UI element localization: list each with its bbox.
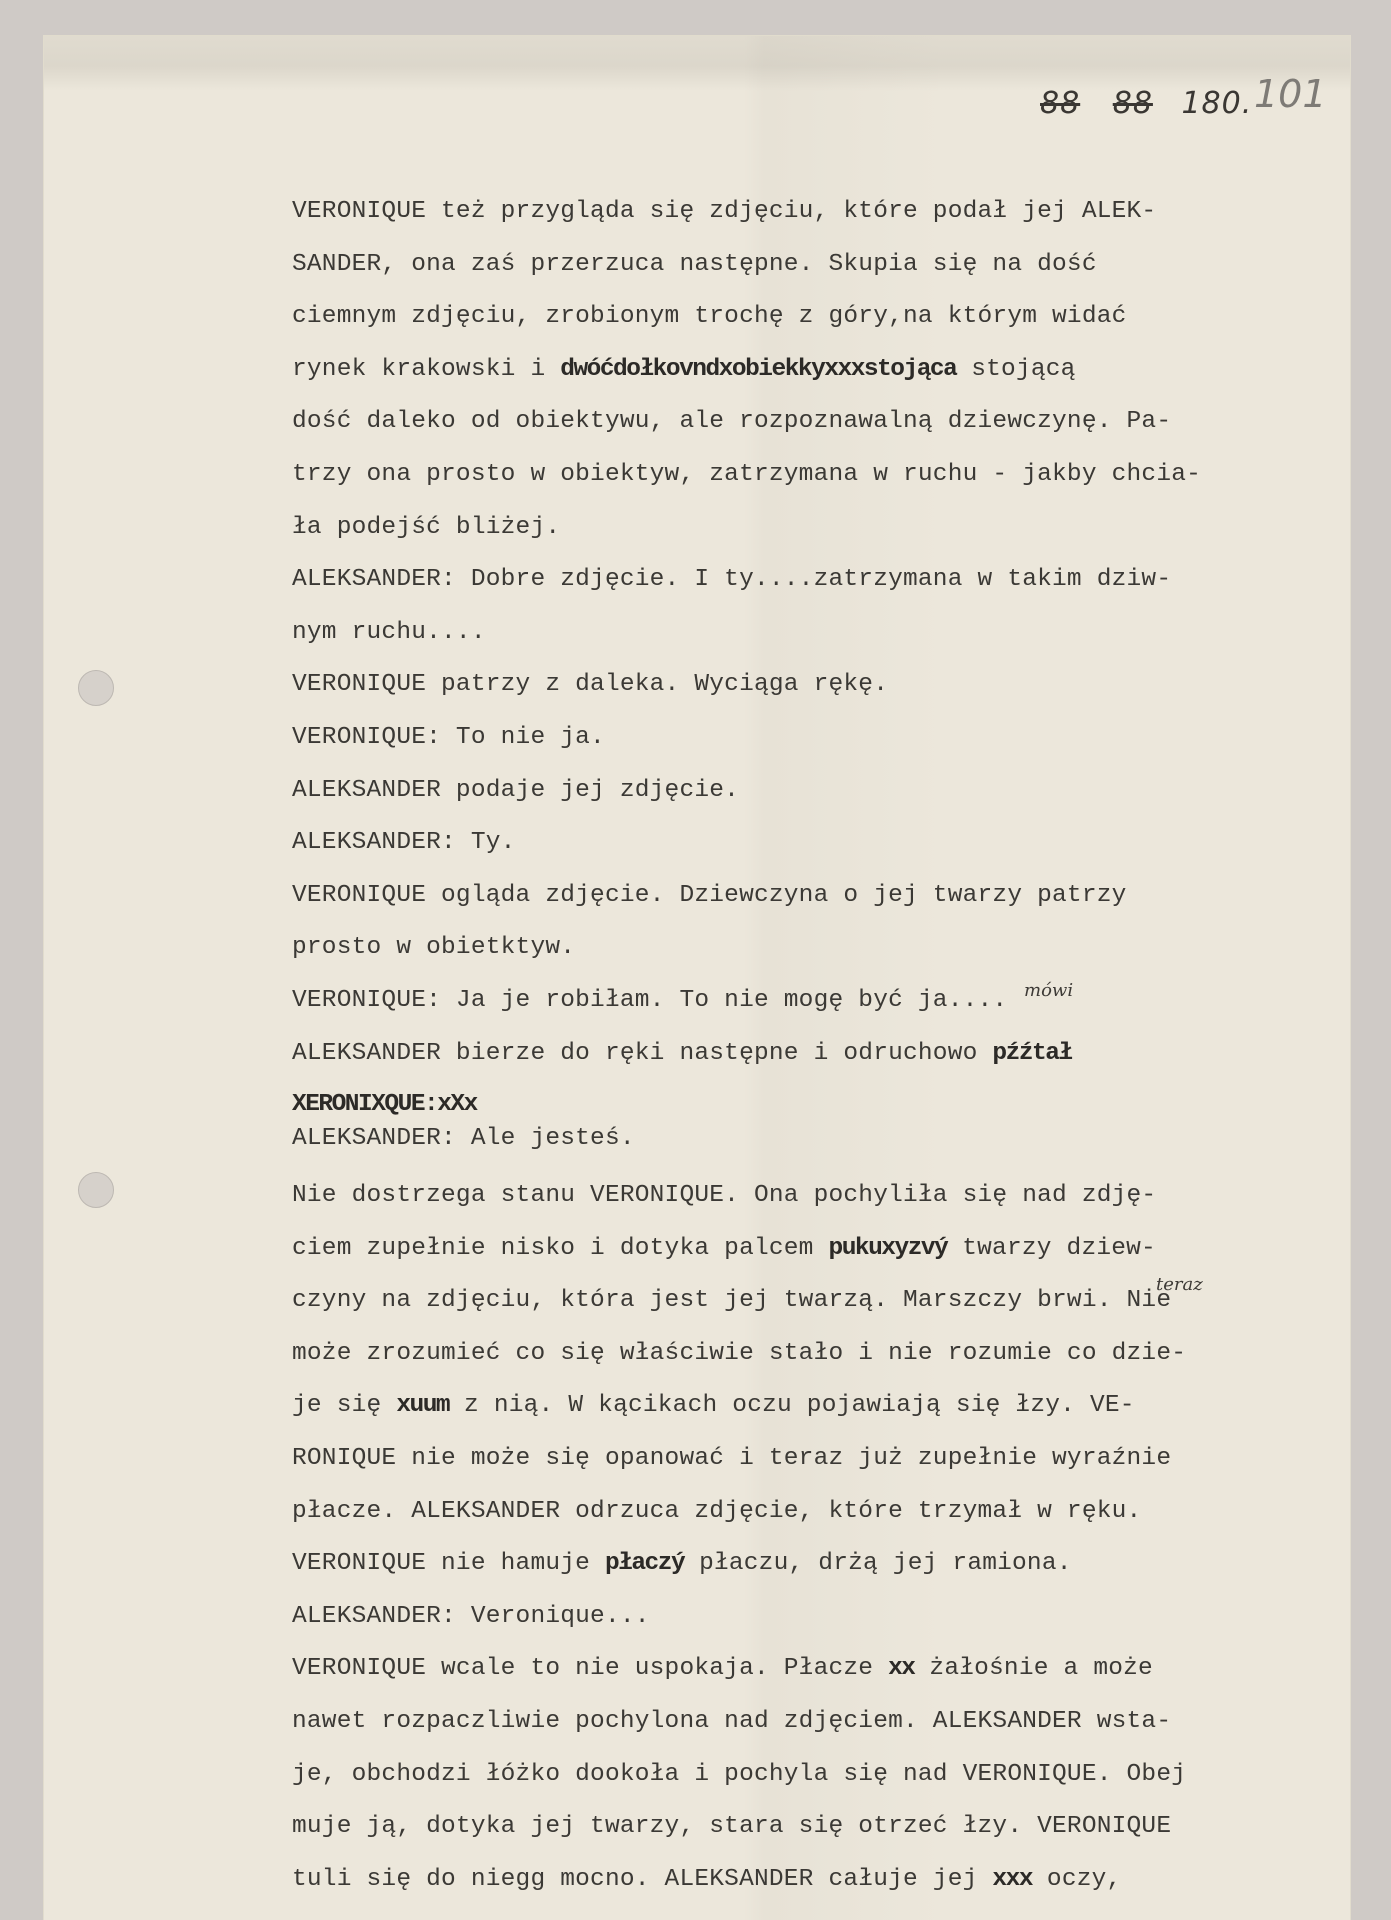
text-line: VERONIQUE: To nie ja. — [292, 712, 1232, 765]
line-text: twarzy dziew- — [947, 1235, 1156, 1262]
folio-pencil-number: 101 — [1254, 72, 1327, 116]
text-line: nawet rozpaczliwie pochylona nad zdjęcie… — [292, 1696, 1232, 1749]
text-line: prosto w obietktyw. — [292, 922, 1232, 975]
struck-text: XERONIXQUE:xXx — [292, 1091, 477, 1118]
struck-text: płaczý — [605, 1550, 684, 1577]
punch-hole-top — [78, 670, 114, 706]
line-text: VERONIQUE nie hamuje — [292, 1550, 605, 1577]
line-text: stojącą — [956, 356, 1075, 383]
line-text: ALEKSANDER bierze do ręki następne i odr… — [292, 1040, 992, 1067]
line-text: tuli się do niegg mocno. ALEKSANDER cału… — [292, 1866, 992, 1893]
line-text: oczy, — [1032, 1866, 1121, 1893]
text-line: ALEKSANDER: Ale jesteś. — [292, 1122, 1232, 1156]
body-text: VERONIQUE też przygląda się zdjęciu, któ… — [292, 186, 1232, 1906]
text-line: dość daleko od obiektywu, ale rozpoznawa… — [292, 396, 1232, 449]
folio-number: 180. — [1181, 86, 1252, 121]
text-line: trzy ona prosto w obiektyw, zatrzymana w… — [292, 449, 1232, 502]
text-line: VERONIQUE też przygląda się zdjęciu, któ… — [292, 186, 1232, 239]
text-line-struck: XERONIXQUE:xXx — [292, 1088, 1232, 1122]
text-line: je się xuum z nią. W kącikach oczu pojaw… — [292, 1380, 1232, 1433]
line-text: żałośnie a może — [915, 1655, 1153, 1682]
line-text: ciem zupełnie nisko i dotyka palcem — [292, 1235, 829, 1262]
line-text: płaczu, drżą jej ramiona. — [684, 1550, 1071, 1577]
line-text: rynek krakowski i — [292, 356, 560, 383]
text-line: czyny na zdjęciu, która jest jej twarzą.… — [292, 1275, 1232, 1328]
struck-text: xxx — [992, 1866, 1032, 1893]
text-line: RONIQUE nie może się opanować i teraz ju… — [292, 1433, 1232, 1486]
text-line: ła podejść bliżej. — [292, 502, 1232, 555]
text-line: ALEKSANDER: Veronique... — [292, 1591, 1232, 1644]
line-text: VERONIQUE wcale to nie uspokaja. Płacze — [292, 1655, 888, 1682]
struck-text: xx — [888, 1655, 914, 1682]
struck-text: pukuxyzvý — [829, 1235, 948, 1262]
text-line: ALEKSANDER podaje jej zdjęcie. — [292, 765, 1232, 818]
text-line: VERONIQUE wcale to nie uspokaja. Płacze … — [292, 1643, 1232, 1696]
text-line: ALEKSANDER bierze do ręki następne i odr… — [292, 1028, 1232, 1081]
text-line: muje ją, dotyka jej twarzy, stara się ot… — [292, 1801, 1232, 1854]
folio-handwritten: 88 88 180. — [1040, 86, 1252, 121]
text-line: tuli się do niegg mocno. ALEKSANDER cału… — [292, 1854, 1232, 1907]
text-line: ciem zupełnie nisko i dotyka palcem puku… — [292, 1223, 1232, 1276]
text-line: ciemnym zdjęciu, zrobionym trochę z góry… — [292, 291, 1232, 344]
text-line: VERONIQUE nie hamuje płaczý płaczu, drżą… — [292, 1538, 1232, 1591]
text-line: SANDER, ona zaś przerzuca następne. Skup… — [292, 239, 1232, 292]
struck-text: xuum — [396, 1392, 449, 1419]
text-line: rynek krakowski i dwóćdołkovndxobiekkyxx… — [292, 344, 1232, 397]
struck-text: dwóćdołkovndxobiekkyxxxstojąca — [560, 356, 956, 383]
struck-text: pźźtał — [992, 1040, 1071, 1067]
text-line: je, obchodzi łóżko dookoła i pochyla się… — [292, 1749, 1232, 1802]
punch-hole-bottom — [78, 1172, 114, 1208]
folio-crossed-2: 88 — [1113, 86, 1153, 121]
text-line: VERONIQUE ogląda zdjęcie. Dziewczyna o j… — [292, 870, 1232, 923]
line-text: z nią. W kącikach oczu pojawiają się łzy… — [449, 1392, 1135, 1419]
text-line: ALEKSANDER: Ty. — [292, 817, 1232, 870]
text-line: VERONIQUE patrzy z daleka. Wyciąga rękę. — [292, 659, 1232, 712]
text-line: VERONIQUE: Ja je robiłam. To nie mogę by… — [292, 975, 1232, 1028]
text-line: może zrozumieć co się właściwie stało i … — [292, 1328, 1232, 1381]
folio-crossed-1: 88 — [1040, 86, 1080, 121]
text-line: płacze. ALEKSANDER odrzuca zdjęcie, któr… — [292, 1486, 1232, 1539]
text-line: Nie dostrzega stanu VERONIQUE. Ona pochy… — [292, 1170, 1232, 1223]
text-line: nym ruchu.... — [292, 607, 1232, 660]
text-line: ALEKSANDER: Dobre zdjęcie. I ty....zatrz… — [292, 554, 1232, 607]
line-text: je się — [292, 1392, 396, 1419]
